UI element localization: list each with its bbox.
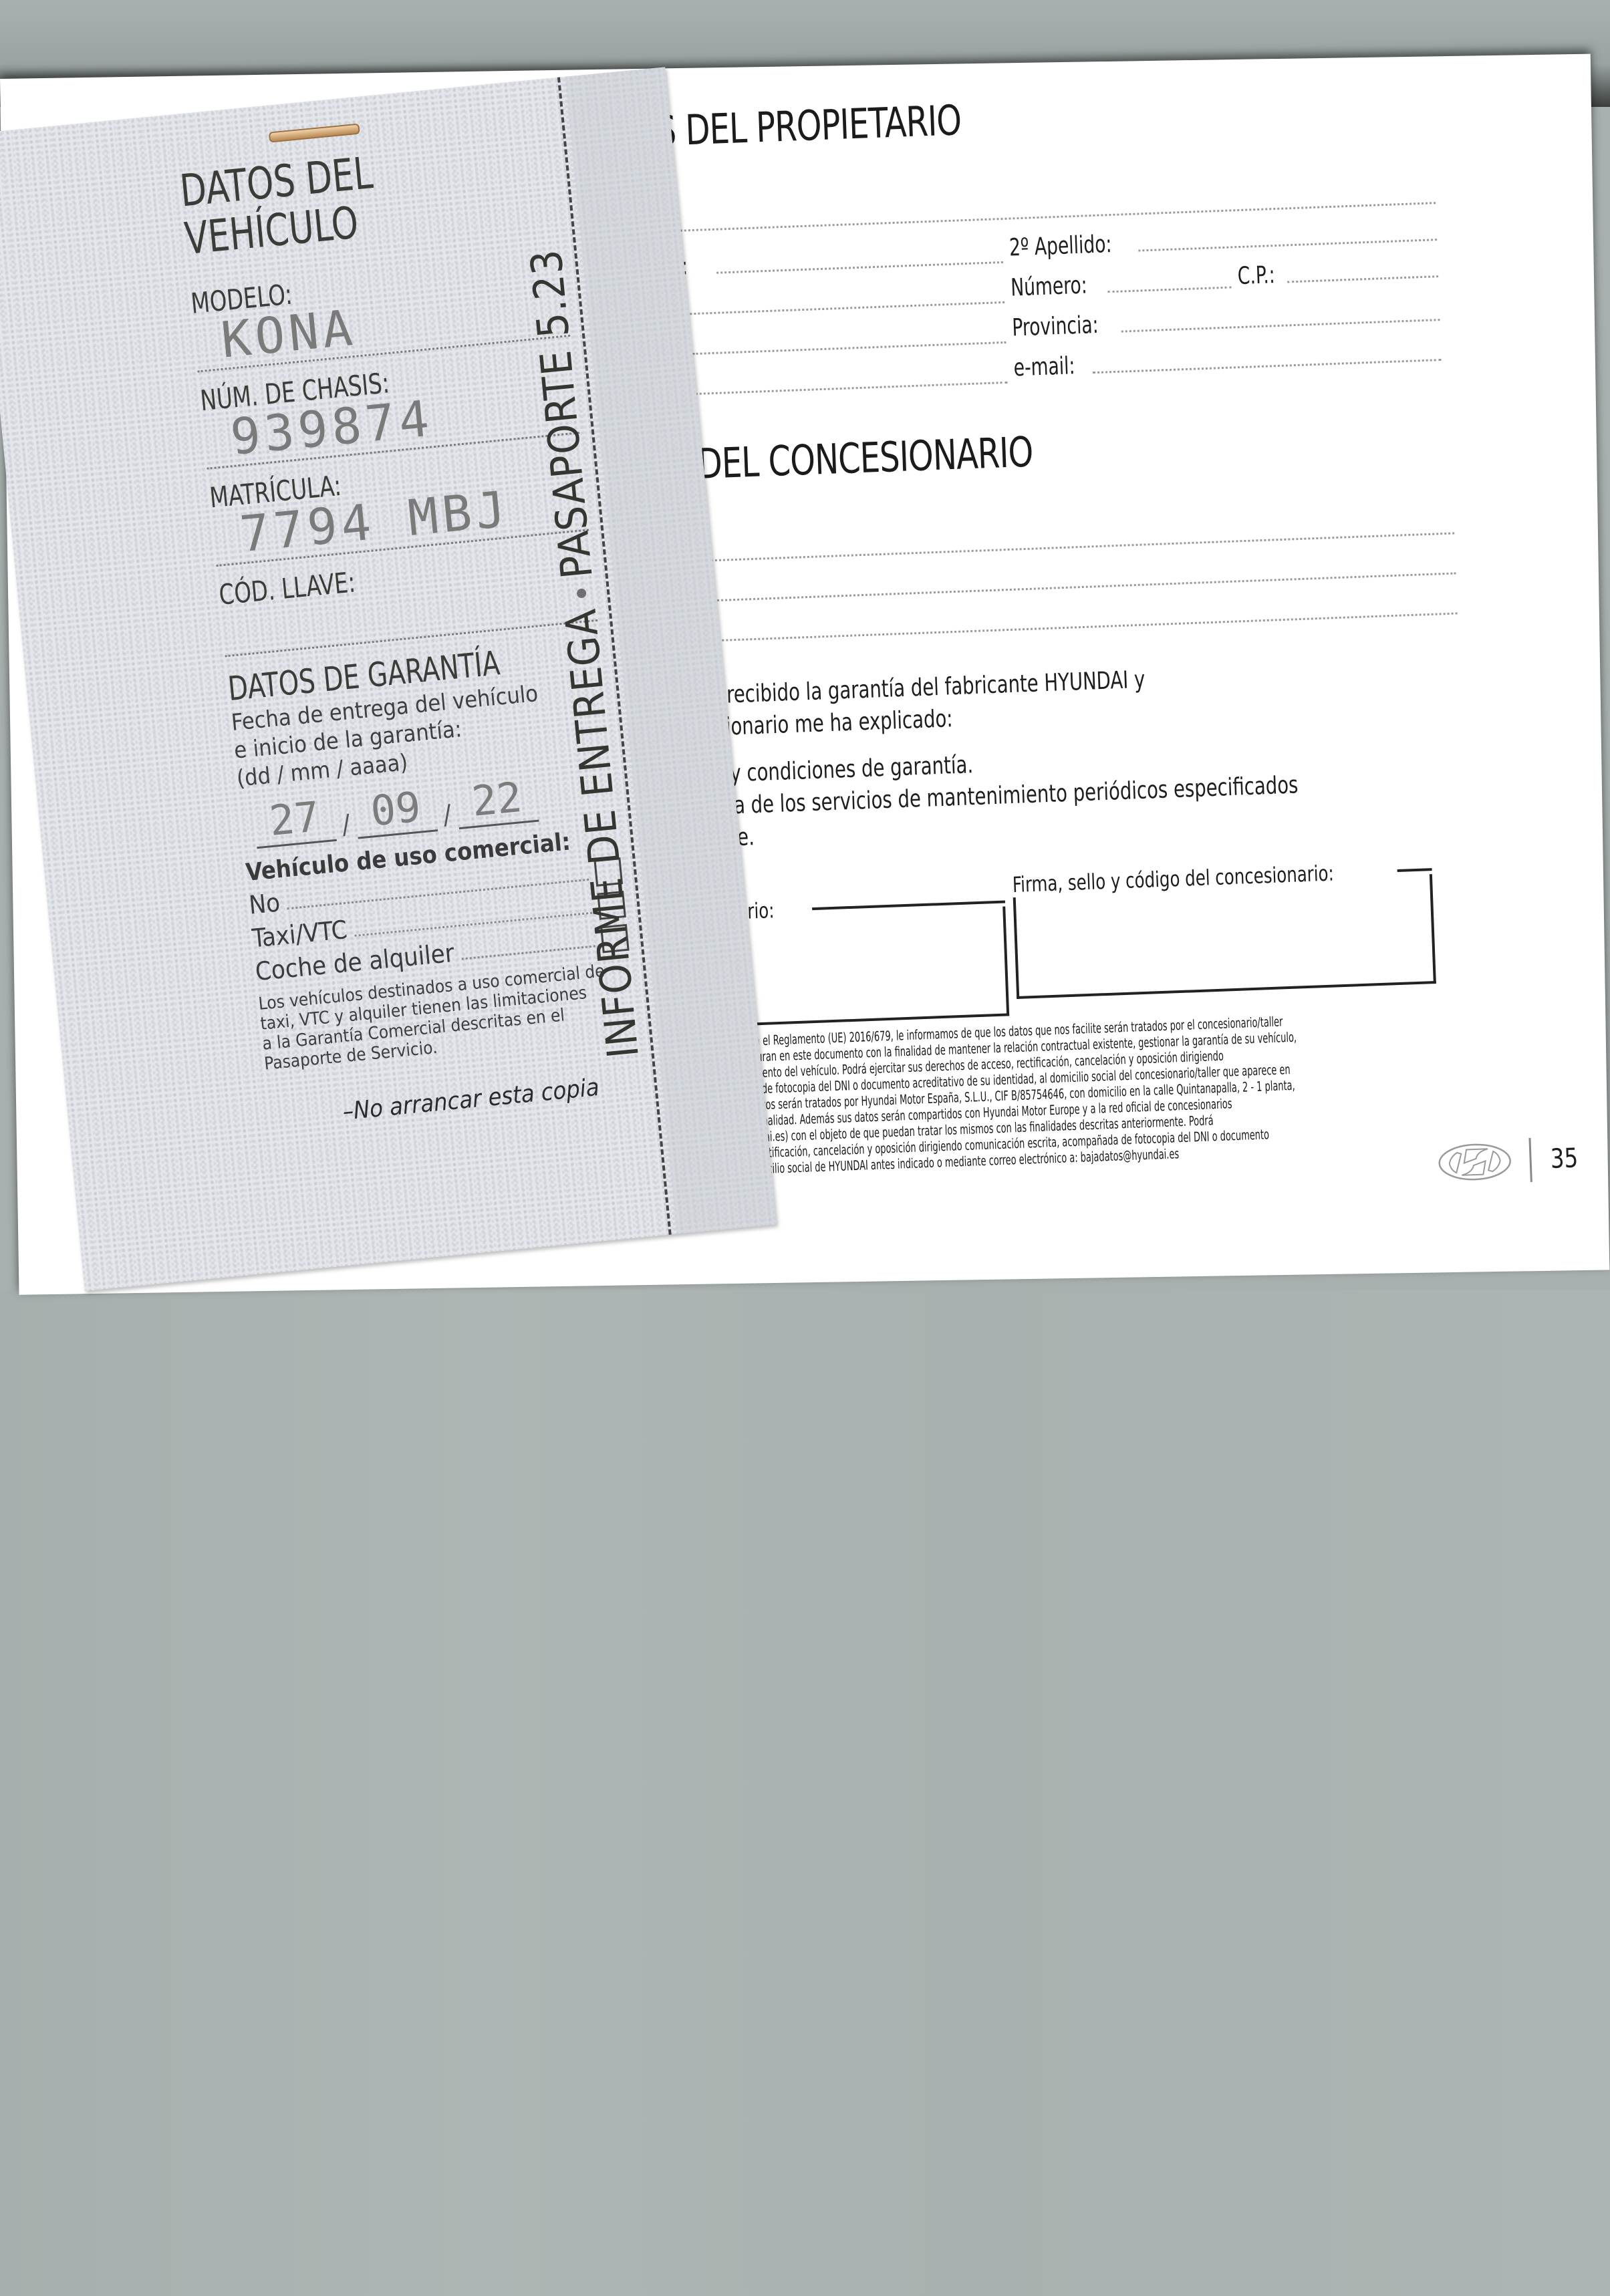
option-label: Taxi/VTC [251,915,348,953]
date-separator: / [442,799,452,831]
owner-number-field[interactable]: Número: [1011,267,1232,302]
owner-province-field[interactable]: Provincia: [1012,299,1440,341]
owner-postcode-field[interactable]: C.P.: [1237,255,1438,290]
dealer-signature-label: Firma, sello y código del concesionario: [1012,860,1334,897]
owner-surname2-label: 2º Apellido: [1009,231,1112,262]
owner-surname2-field[interactable]: 2º Apellido: [1009,219,1437,261]
date-month[interactable]: 09 [354,781,438,839]
date-year[interactable]: 22 [454,771,539,829]
scanner-bed-background [0,1290,1610,2296]
date-day[interactable]: 27 [252,791,337,849]
staple [269,124,360,143]
dealer-signature-box[interactable]: Firma, sello y código del concesionario: [1013,874,1436,999]
bullet-icon [577,588,587,598]
owner-postcode-label: C.P.: [1237,261,1275,290]
owner-province-label: Provincia: [1012,311,1099,342]
owner-email-field[interactable]: e-mail: [1013,339,1442,382]
page-number-separator [1528,1138,1532,1182]
owner-email-label: e-mail: [1013,352,1075,382]
page-footer: 35 [1437,1136,1581,1185]
option-label: No [247,887,281,919]
owner-number-label: Número: [1011,271,1088,301]
hyundai-logo-icon [1437,1141,1513,1183]
delivery-report-stub: DATOS DEL VEHÍCULO MODELO: KONA NÚM. DE … [0,67,777,1291]
do-not-tear-warning: –No arrancar esta copia [342,1074,600,1126]
page-number: 35 [1550,1143,1579,1174]
date-separator: / [341,809,352,841]
